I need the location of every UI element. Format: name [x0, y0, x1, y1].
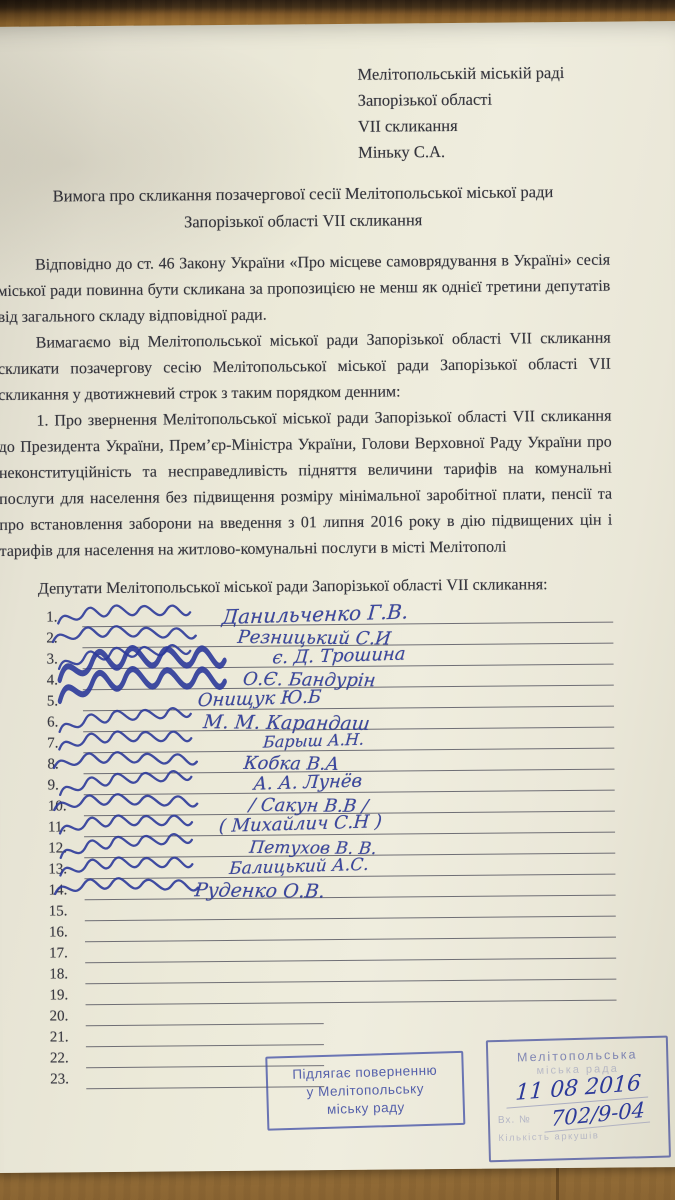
recipient-line: VII скликання	[358, 112, 609, 140]
recipient-line: Мелітопольській міській раді	[357, 60, 608, 88]
registry-stamp: Мелітопольська міська рада 11 08 2016 Вх…	[486, 1036, 671, 1163]
registry-stamp-sheets-label: Кількість аркушів	[490, 1129, 668, 1145]
signature-number: 23.	[50, 1069, 86, 1089]
desk-background: Мелітопольській міській раді Запорізької…	[0, 0, 675, 1200]
signature-number: 17.	[49, 943, 85, 963]
recipient-line: Міньку С.А.	[358, 138, 609, 166]
signature-number: 20.	[50, 1006, 86, 1026]
signature-number: 15.	[49, 901, 85, 921]
document-paper: Мелітопольській міській раді Запорізької…	[0, 21, 675, 1173]
paragraph-demand: Вимагаємо від Мелітопольської міської ра…	[0, 326, 611, 409]
signature-number: 22.	[50, 1048, 86, 1068]
document-title: Вимога про скликання позачергової сесії …	[0, 178, 610, 237]
recipient-line: Запорізької області	[358, 86, 609, 114]
signature-number: 16.	[49, 922, 85, 942]
signature-number: 18.	[49, 964, 85, 984]
paragraph-law-reference: Відповідно до ст. 46 Закону України «Про…	[0, 248, 611, 331]
signature-list: 1. Данильченко Г.В. 2. Резницький С.И 3.…	[0, 602, 617, 1090]
registry-stamp-number-label: Вх. №	[498, 1114, 531, 1130]
deputies-intro: Депутати Мелітопольської міської ради За…	[0, 572, 613, 603]
signature-number: 21.	[50, 1027, 86, 1047]
document-content: Мелітопольській міській раді Запорізької…	[0, 21, 675, 1090]
paragraph-agenda-item: 1. Про звернення Мелітопольської міської…	[0, 404, 613, 565]
return-stamp: Підлягає поверненню у Мелітопольську міс…	[265, 1051, 465, 1131]
recipient-block: Мелітопольській міській раді Запорізької…	[357, 60, 609, 166]
signature-number: 19.	[49, 985, 85, 1005]
